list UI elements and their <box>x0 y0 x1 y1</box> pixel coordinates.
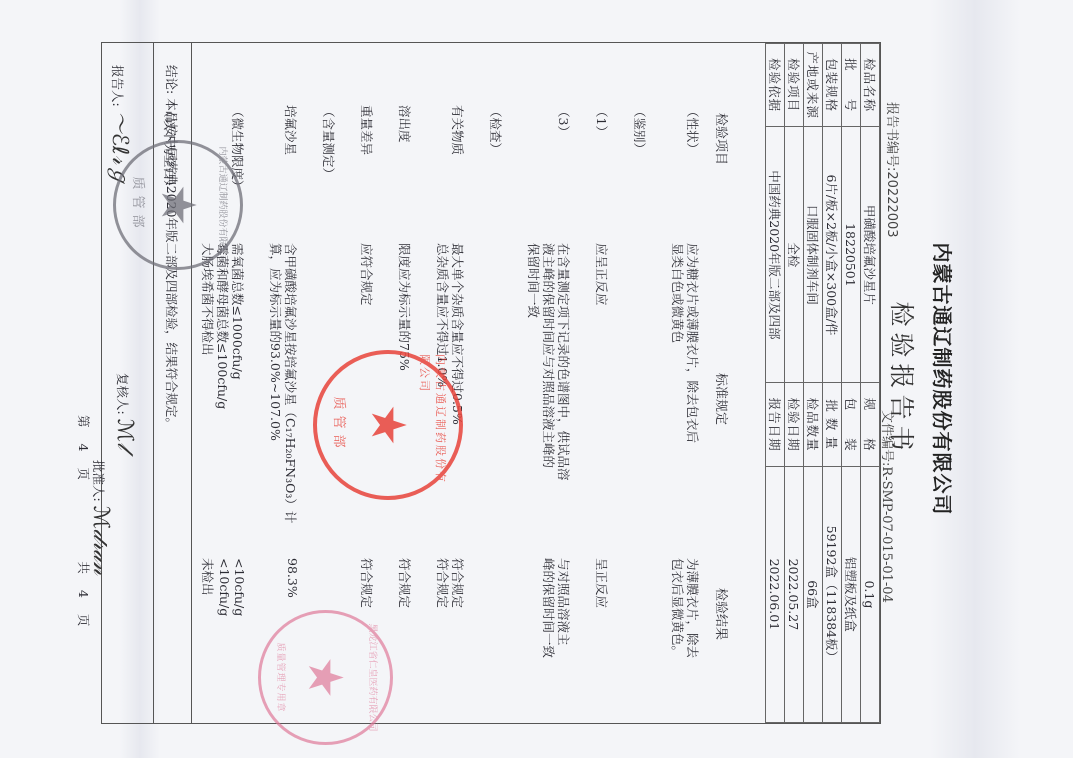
file-number-value: R-SMP-07-015-01-04 <box>879 466 894 602</box>
stamp-org: 内蒙古通辽制药股份有限公司 <box>217 146 230 263</box>
info-label: 产地或来源 <box>804 44 823 127</box>
report-number-label: 报告书编号: <box>884 102 899 171</box>
test-standard: 显类白色或微黄色 <box>669 243 687 343</box>
test-standard: 保留时间一致 <box>525 243 543 318</box>
info-value: 59192盒（118384板） <box>823 466 842 722</box>
info-row: 产地或来源口服固体制剂车间检品数量66盒 <box>804 44 823 723</box>
test-result: 符合规定 <box>396 558 414 608</box>
info-value: 2022.05.27 <box>785 466 804 722</box>
report-frame: 检品名称甲磺酸培氟沙星片规 格0.1g批 号18220501包 装铝塑板及纸盒包… <box>101 42 881 724</box>
info-value: 甲磺酸培氟沙星片 <box>861 127 880 383</box>
test-item-name: 溶出度 <box>396 105 414 143</box>
file-number: 文件编号:R-SMP-07-015-01-04 <box>879 410 898 603</box>
test-item-name: （鉴别） <box>631 105 649 155</box>
stamp-org: 黑龙江省仁皇医药有限公司 <box>367 623 380 731</box>
stamp-dept: 质管部 <box>130 176 149 233</box>
info-value: 18220501 <box>842 127 861 383</box>
reviewer: 复核人: ℳ𝓁 <box>112 373 137 450</box>
stamp-dept: 质管部 <box>331 396 350 453</box>
test-result: 98.3% <box>285 558 300 598</box>
reviewer-signature: ℳ𝓁 <box>112 419 137 450</box>
pink-distributor-stamp: ★ 黑龙江省仁皇医药有限公司 质量管理专用章 <box>258 610 393 745</box>
info-label: 检品数量 <box>804 383 823 466</box>
test-item-name: （含量测定） <box>320 105 338 180</box>
test-result: 未检出 <box>199 558 217 596</box>
star-icon: ★ <box>302 656 350 699</box>
test-item-name: （3） <box>555 105 573 138</box>
info-value: 6片/板×2板/小盒×300盒/件 <box>823 127 842 383</box>
test-item-name: （性状） <box>684 105 702 155</box>
test-result: 呈正反应 <box>593 558 611 608</box>
test-result: <10cfu/g <box>232 558 247 616</box>
info-row: 检验依据中国药典2020年版二部及四部报告日期2022.06.01 <box>766 44 785 723</box>
star-icon: ★ <box>154 183 202 226</box>
test-result: <10cfu/g <box>217 558 232 616</box>
red-quality-stamp: ★ 内蒙古通辽制药股份有限公司 质管部 <box>313 350 463 500</box>
test-item-name: 培氟沙星 <box>282 105 300 155</box>
info-value: 0.1g <box>861 466 880 722</box>
header-result: 检验结果 <box>713 588 732 640</box>
signature-row: 报告人: 〜ℰℓ𝓇ℊ 复核人: ℳ𝓁 <box>101 43 154 723</box>
info-value: 全检 <box>785 127 804 383</box>
info-value: 66盒 <box>804 466 823 722</box>
header-test-item: 检验项目 <box>713 113 732 165</box>
info-label: 检验项目 <box>785 44 804 127</box>
info-label: 包装规格 <box>823 44 842 127</box>
report-number: 报告书编号:20222003 <box>884 102 903 238</box>
info-row: 包装规格6片/板×2板/小盒×300盒/件批 数 量59192盒（118384板… <box>823 44 842 723</box>
test-standard: 算，应为标示量的93.0%~107.0% <box>267 243 285 441</box>
info-label: 批 数 量 <box>823 383 842 466</box>
info-label: 检品名称 <box>861 44 880 127</box>
header-standard: 标准规定 <box>713 373 732 425</box>
company-name: 内蒙古通辽制药股份有限公司 <box>929 20 958 738</box>
info-row: 检品名称甲磺酸培氟沙星片规 格0.1g <box>861 44 880 723</box>
info-label: 检验依据 <box>766 44 785 127</box>
info-value: 2022.06.01 <box>766 466 785 722</box>
report-number-value: 20222003 <box>884 171 899 237</box>
test-standard: 应符合规定 <box>358 243 376 306</box>
info-row: 批 号18220501包 装铝塑板及纸盒 <box>842 44 861 723</box>
reporter-label: 报告人: <box>110 65 125 107</box>
conclusion-label: 结论: <box>164 65 179 94</box>
inspection-report-page: 内蒙古通辽制药股份有限公司 检验报告书 报告书编号:20222003 文件编号:… <box>80 20 1073 738</box>
info-label: 检验日期 <box>785 383 804 466</box>
info-value: 铝塑板及纸盒 <box>842 466 861 722</box>
star-icon: ★ <box>364 403 412 446</box>
test-item-name: （1） <box>593 105 611 138</box>
test-result: 峰的保留时间一致 <box>540 558 558 658</box>
pagination: 第 4 页 共 4 页 <box>75 415 93 632</box>
test-item-name: 有关物质 <box>449 105 467 155</box>
stamp-dept: 质量管理专用章 <box>275 642 288 712</box>
reviewer-label: 复核人: <box>115 373 130 415</box>
info-label: 规 格 <box>861 383 880 466</box>
info-label: 报告日期 <box>766 383 785 466</box>
gray-quality-stamp: ★ 内蒙古通辽制药股份有限公司 质管部 <box>113 140 243 270</box>
info-label: 包 装 <box>842 383 861 466</box>
test-result: 符合规定 <box>358 558 376 608</box>
sample-info-table: 检品名称甲磺酸培氟沙星片规 格0.1g批 号18220501包 装铝塑板及纸盒包… <box>765 43 880 723</box>
info-value: 口服固体制剂车间 <box>804 127 823 383</box>
info-value: 中国药典2020年版二部及四部 <box>766 127 785 383</box>
approver-label: 批准人: <box>91 460 106 502</box>
info-row: 检验项目全检检验日期2022.05.27 <box>785 44 804 723</box>
test-result: 符合规定 <box>434 558 452 608</box>
stamp-org: 内蒙古通辽制药股份有限公司 <box>417 354 449 496</box>
test-result: 包衣后显微黄色。 <box>669 558 687 658</box>
file-number-label: 文件编号: <box>879 410 894 466</box>
test-item-name: （检查） <box>487 105 505 155</box>
test-item-name: 重量差异 <box>358 105 376 155</box>
info-label: 批 号 <box>842 44 861 127</box>
test-standard: 应呈正反应 <box>593 243 611 306</box>
